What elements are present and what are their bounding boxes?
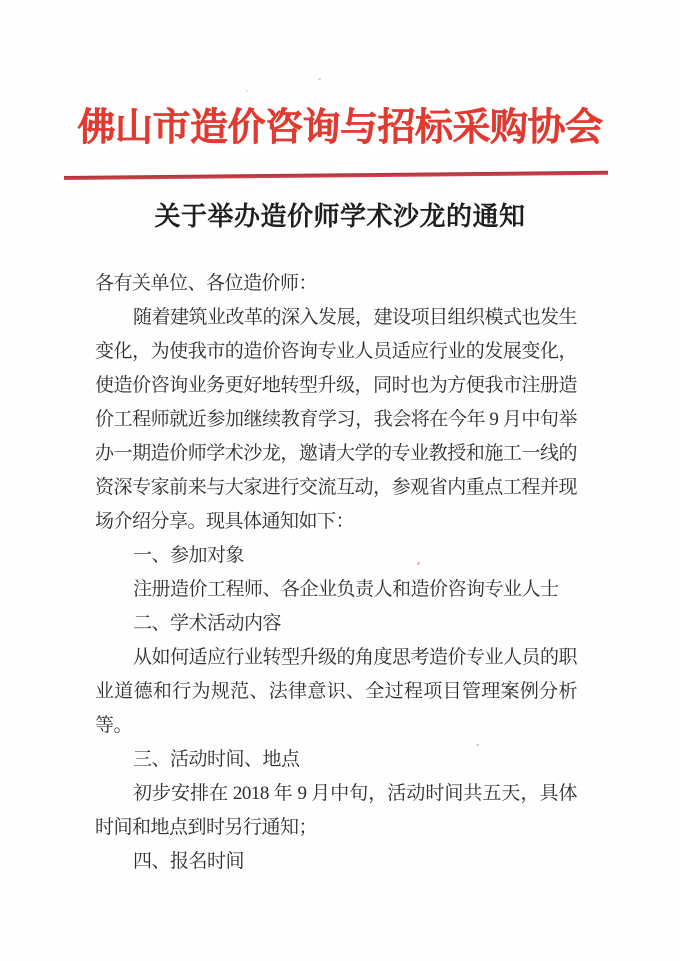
- scanned-notice-page: 佛山市造价咨询与招标采购协会 关于举办造价师学术沙龙的通知 各有关单位、各位造价…: [0, 0, 680, 961]
- section-1-content: 注册造价工程师、各企业负责人和造价咨询专业人士: [95, 573, 577, 607]
- section-3-heading: 三、活动时间、地点: [95, 743, 577, 777]
- association-letterhead-title: 佛山市造价咨询与招标采购协会: [0, 0, 680, 153]
- notice-title: 关于举办造价师学术沙龙的通知: [0, 200, 680, 234]
- section-3-content: 初步安排在 2018 年 9 月中旬，活动时间共五天，具体时间和地点到时另行通知…: [95, 777, 577, 845]
- section-2-content: 从如何适应行业转型升级的角度思考造价专业人员的职业道德和行为规范、法律意识、全过…: [95, 641, 577, 743]
- section-2-heading: 二、学术活动内容: [95, 607, 577, 641]
- red-divider-line: [64, 171, 608, 180]
- notice-body: 各有关单位、各位造价师： 随着建筑业改革的深入发展，建设项目组织模式也发生变化，…: [95, 267, 577, 879]
- section-1-heading: 一、参加对象: [95, 539, 577, 573]
- salutation: 各有关单位、各位造价师：: [95, 267, 577, 301]
- section-4-heading: 四、报名时间: [95, 845, 577, 879]
- paragraph-intro: 随着建筑业改革的深入发展，建设项目组织模式也发生变化，为使我市的造价咨询专业人员…: [95, 301, 577, 539]
